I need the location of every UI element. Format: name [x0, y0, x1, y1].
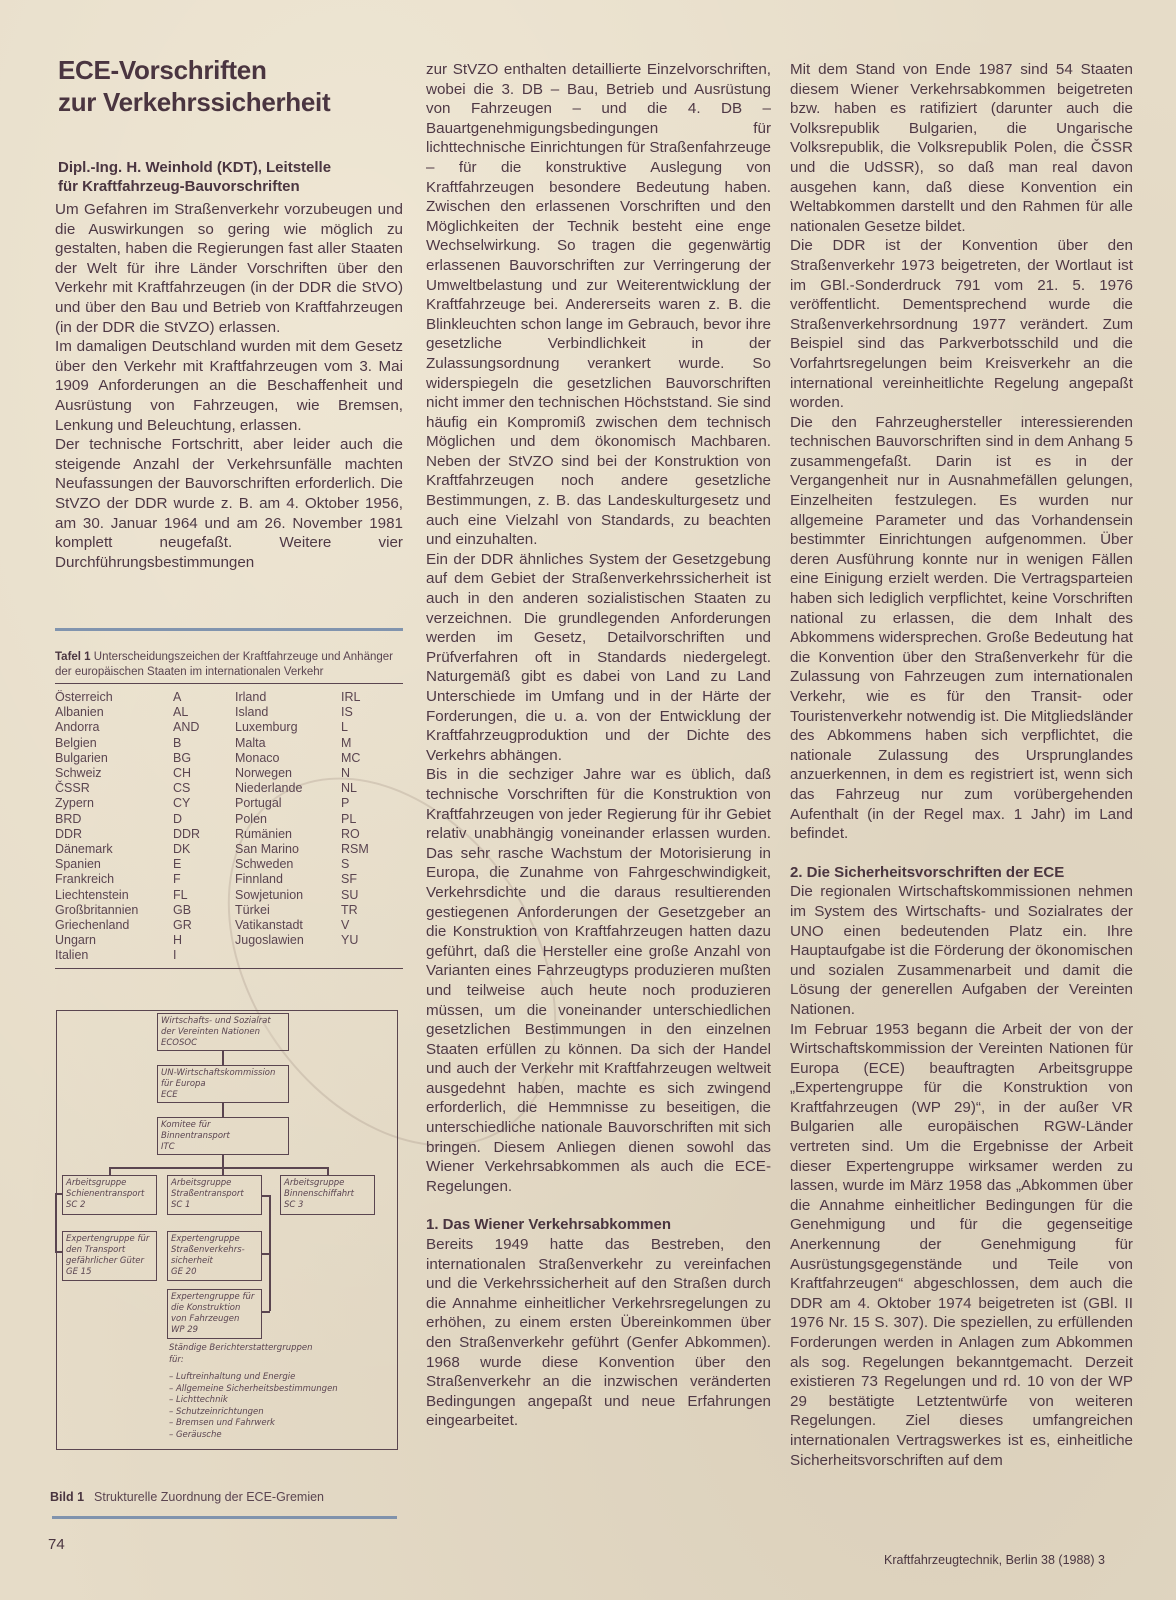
journal-footer: Kraftfahrzeugtechnik, Berlin 38 (1988) 3: [884, 1553, 1105, 1567]
table-1: Tafel 1 Unterscheidungszeichen der Kraft…: [55, 650, 403, 969]
section-1-text: Bereits 1949 hatte das Bestreben, den in…: [426, 1235, 771, 1431]
rapporteur-heading: für:: [169, 1355, 389, 1367]
table-row: BulgarienBGMonacoMC: [55, 751, 403, 766]
connector-line: [55, 1251, 62, 1253]
connector-line: [222, 1051, 224, 1065]
table-row: ItalienI: [55, 948, 403, 963]
box-text: Schienentransport: [66, 1189, 153, 1200]
figure-1-org-chart: Wirtschafts- und Sozialrat der Vereinten…: [56, 1010, 398, 1450]
country-code-cell: CS: [173, 781, 235, 796]
country-code-cell: GR: [173, 918, 235, 933]
country-code-cell: DDR: [173, 827, 235, 842]
column-2-text: zur StVZO enthalten detaillierte Einzelv…: [426, 60, 771, 1196]
country-name-cell: Ungarn: [55, 933, 173, 948]
box-ge15: Expertengruppe für den Transport gefährl…: [62, 1231, 157, 1281]
box-text: Arbeitsgruppe: [66, 1178, 153, 1189]
country-name-cell: Finnland: [235, 872, 341, 887]
column-3-text: Mit dem Stand von Ende 1987 sind 54 Staa…: [790, 60, 1133, 844]
box-text: Arbeitsgruppe: [284, 1178, 371, 1189]
country-code-cell: YU: [341, 933, 403, 948]
country-code-cell: B: [173, 736, 235, 751]
paragraph: Der technische Fortschritt, aber leider …: [55, 435, 403, 572]
connector-line: [109, 1167, 327, 1169]
box-text: für Europa: [161, 1079, 285, 1090]
author-line-1: Dipl.-Ing. H. Weinhold (KDT), Leitstelle: [58, 158, 406, 177]
paragraph: zur StVZO enthalten detaillierte Einzelv…: [426, 60, 771, 550]
country-name-cell: Irland: [235, 690, 341, 705]
box-ge20: Expertengruppe Straßenverkehrs- sicherhe…: [167, 1231, 262, 1281]
country-code-cell: TR: [341, 903, 403, 918]
country-code-table: ÖsterreichAIrlandIRLAlbanienALIslandISAn…: [55, 690, 403, 964]
section-2-heading: 2. Die Sicherheitsvorschriften der ECE: [790, 863, 1133, 883]
country-code-cell: E: [173, 857, 235, 872]
box-text: sicherheit: [171, 1256, 258, 1267]
connector-line: [262, 1253, 270, 1255]
paragraph: Im damaligen Deutschland wurden mit dem …: [55, 337, 403, 435]
box-text: GE 20: [171, 1267, 258, 1278]
country-code-cell: BG: [173, 751, 235, 766]
box-itc: Komitee für Binnentransport ITC: [157, 1117, 289, 1155]
paragraph: Die den Fahrzeughersteller interessieren…: [790, 413, 1133, 844]
country-name-cell: Schweiz: [55, 766, 173, 781]
box-text: WP 29: [171, 1325, 258, 1336]
table-row: FrankreichFFinnlandSF: [55, 872, 403, 887]
box-text: gefährlicher Güter: [66, 1256, 153, 1267]
box-sc3: Arbeitsgruppe Binnenschiffahrt SC 3: [280, 1175, 375, 1215]
box-ecosoc: Wirtschafts- und Sozialrat der Vereinten…: [157, 1013, 289, 1051]
country-name-cell: Norwegen: [235, 766, 341, 781]
country-name-cell: Zypern: [55, 796, 173, 811]
country-name-cell: Vatikanstadt: [235, 918, 341, 933]
paragraph: Mit dem Stand von Ende 1987 sind 54 Staa…: [790, 60, 1133, 236]
country-code-cell: RSM: [341, 842, 403, 857]
box-text: ECE: [161, 1090, 285, 1101]
box-text: Binnenschiffahrt: [284, 1189, 371, 1200]
rapporteur-item: – Allgemeine Sicherheitsbestimmungen: [169, 1384, 389, 1396]
box-text: den Transport: [66, 1245, 153, 1256]
paragraph: Die regionalen Wirtschaftskommissionen n…: [790, 882, 1133, 1019]
box-text: Binnentransport: [161, 1131, 285, 1142]
country-code-cell: P: [341, 796, 403, 811]
table-row: BRDDPolenPL: [55, 812, 403, 827]
paragraph: Bis in die sechziger Jahre war es üblich…: [426, 765, 771, 1196]
country-code-cell: MC: [341, 751, 403, 766]
figure-caption-text: Strukturelle Zuordnung der ECE-Gremien: [94, 1490, 324, 1504]
table-caption-text: Unterscheidungszeichen der Kraftfahrzeug…: [55, 651, 393, 678]
box-text: SC 1: [171, 1200, 258, 1211]
country-code-cell: GB: [173, 903, 235, 918]
country-name-cell: Monaco: [235, 751, 341, 766]
figure-label: Bild 1: [50, 1490, 84, 1504]
country-code-cell: [341, 948, 403, 963]
country-name-cell: Griechenland: [55, 918, 173, 933]
country-name-cell: Dänemark: [55, 842, 173, 857]
divider-rule: [52, 1516, 397, 1519]
country-code-cell: D: [173, 812, 235, 827]
country-code-cell: N: [341, 766, 403, 781]
section-1-heading: 1. Das Wiener Verkehrsabkommen: [426, 1215, 771, 1235]
page-number: 74: [48, 1536, 65, 1553]
country-code-cell: FL: [173, 888, 235, 903]
country-code-cell: SF: [341, 872, 403, 887]
country-name-cell: Portugal: [235, 796, 341, 811]
table-row: BelgienBMaltaM: [55, 736, 403, 751]
box-text: GE 15: [66, 1267, 153, 1278]
country-name-cell: Spanien: [55, 857, 173, 872]
country-name-cell: Sowjetunion: [235, 888, 341, 903]
box-text: ECOSOC: [161, 1038, 285, 1049]
country-code-cell: PL: [341, 812, 403, 827]
country-code-cell: A: [173, 690, 235, 705]
box-text: der Vereinten Nationen: [161, 1027, 285, 1038]
country-name-cell: Liechtenstein: [55, 888, 173, 903]
country-name-cell: Italien: [55, 948, 173, 963]
country-name-cell: Luxemburg: [235, 720, 341, 735]
section-2-text: Die regionalen Wirtschaftskommissionen n…: [790, 882, 1133, 1470]
rapporteur-item: – Bremsen und Fahrwerk: [169, 1418, 389, 1430]
country-name-cell: Großbritannien: [55, 903, 173, 918]
country-code-cell: AL: [173, 705, 235, 720]
box-text: ITC: [161, 1142, 285, 1153]
rapporteur-item: – Lichttechnik: [169, 1395, 389, 1407]
rapporteur-groups: Ständige Berichterstattergruppen für: – …: [169, 1343, 389, 1441]
table-row: DDRDDRRumänienRO: [55, 827, 403, 842]
author-line-2: für Kraftfahrzeug-Bauvorschriften: [58, 177, 406, 196]
table-row: SchweizCHNorwegenN: [55, 766, 403, 781]
table-row: AlbanienALIslandIS: [55, 705, 403, 720]
table-row: UngarnHJugoslawienYU: [55, 933, 403, 948]
box-text: Expertengruppe für: [66, 1234, 153, 1245]
country-code-cell: I: [173, 948, 235, 963]
table-row: ZypernCYPortugalP: [55, 796, 403, 811]
table-row: SpanienESchwedenS: [55, 857, 403, 872]
figure-caption: Bild 1Strukturelle Zuordnung der ECE-Gre…: [50, 1490, 324, 1504]
country-name-cell: Schweden: [235, 857, 341, 872]
paragraph: Ein der DDR ähnliches System der Gesetzg…: [426, 550, 771, 766]
paragraph: Die DDR ist der Konvention über den Stra…: [790, 236, 1133, 412]
rapporteur-heading: Ständige Berichterstattergruppen: [169, 1343, 389, 1355]
table-row: LiechtensteinFLSowjetunionSU: [55, 888, 403, 903]
box-text: Komitee für: [161, 1120, 285, 1131]
country-code-cell: SU: [341, 888, 403, 903]
country-name-cell: Belgien: [55, 736, 173, 751]
column-1: Um Gefahren im Straßenverkehr vorzubeuge…: [55, 200, 403, 572]
table-row: GriechenlandGRVatikanstadtV: [55, 918, 403, 933]
connector-line: [109, 1167, 111, 1175]
country-name-cell: Polen: [235, 812, 341, 827]
connector-line: [55, 1193, 57, 1251]
country-code-cell: NL: [341, 781, 403, 796]
country-name-cell: Malta: [235, 736, 341, 751]
connector-line: [222, 1103, 224, 1117]
rapporteur-item: – Geräusche: [169, 1430, 389, 1442]
rapporteur-item: – Schutzeinrichtungen: [169, 1407, 389, 1419]
box-text: Expertengruppe: [171, 1234, 258, 1245]
title-line-2: zur Verkehrssicherheit: [58, 86, 398, 118]
country-name-cell: DDR: [55, 827, 173, 842]
paragraph: Um Gefahren im Straßenverkehr vorzubeuge…: [55, 200, 403, 337]
paragraph: Im Februar 1953 begann die Arbeit der vo…: [790, 1020, 1133, 1471]
column-2: zur StVZO enthalten detaillierte Einzelv…: [426, 60, 771, 1431]
box-sc1: Arbeitsgruppe Straßentransport SC 1: [167, 1175, 262, 1215]
country-name-cell: Bulgarien: [55, 751, 173, 766]
table-row: ČSSRCSNiederlandeNL: [55, 781, 403, 796]
country-name-cell: Frankreich: [55, 872, 173, 887]
country-code-cell: L: [341, 720, 403, 735]
country-name-cell: Island: [235, 705, 341, 720]
country-code-cell: DK: [173, 842, 235, 857]
connector-line: [222, 1167, 224, 1175]
table-row: DänemarkDKSan MarinoRSM: [55, 842, 403, 857]
paragraph: Bereits 1949 hatte das Bestreben, den in…: [426, 1235, 771, 1431]
table-row: AndorraANDLuxemburgL: [55, 720, 403, 735]
country-code-cell: RO: [341, 827, 403, 842]
connector-line: [262, 1311, 270, 1313]
table-row: GroßbritannienGBTürkeiTR: [55, 903, 403, 918]
author-byline: Dipl.-Ing. H. Weinhold (KDT), Leitstelle…: [58, 158, 406, 196]
article-title: ECE-Vorschriften zur Verkehrssicherheit: [58, 54, 398, 118]
table-body: ÖsterreichAIrlandIRLAlbanienALIslandISAn…: [55, 690, 403, 964]
box-text: die Konstruktion: [171, 1303, 258, 1314]
box-text: SC 3: [284, 1200, 371, 1211]
country-code-cell: CY: [173, 796, 235, 811]
column-1-text: Um Gefahren im Straßenverkehr vorzubeuge…: [55, 200, 403, 572]
box-sc2: Arbeitsgruppe Schienentransport SC 2: [62, 1175, 157, 1215]
box-text: UN-Wirtschaftskommission: [161, 1068, 285, 1079]
title-line-1: ECE-Vorschriften: [58, 54, 398, 86]
country-name-cell: Rumänien: [235, 827, 341, 842]
country-code-cell: AND: [173, 720, 235, 735]
table-top-rule: [55, 683, 403, 684]
box-text: Arbeitsgruppe: [171, 1178, 258, 1189]
box-text: Straßentransport: [171, 1189, 258, 1200]
box-text: Wirtschafts- und Sozialrat: [161, 1016, 285, 1027]
column-3: Mit dem Stand von Ende 1987 sind 54 Staa…: [790, 60, 1133, 1470]
box-text: Straßenverkehrs-: [171, 1245, 258, 1256]
country-name-cell: Jugoslawien: [235, 933, 341, 948]
rapporteur-item: – Luftreinhaltung und Energie: [169, 1372, 389, 1384]
box-text: SC 2: [66, 1200, 153, 1211]
table-bottom-rule: [55, 968, 403, 969]
country-name-cell: Albanien: [55, 705, 173, 720]
country-code-cell: IS: [341, 705, 403, 720]
country-code-cell: IRL: [341, 690, 403, 705]
connector-line: [222, 1155, 224, 1167]
box-text: von Fahrzeugen: [171, 1314, 258, 1325]
country-code-cell: M: [341, 736, 403, 751]
country-code-cell: F: [173, 872, 235, 887]
table-row: ÖsterreichAIrlandIRL: [55, 690, 403, 705]
box-ece: UN-Wirtschaftskommission für Europa ECE: [157, 1065, 289, 1103]
box-text: Expertengruppe für: [171, 1292, 258, 1303]
divider-rule: [55, 628, 403, 631]
table-label: Tafel 1: [55, 651, 91, 663]
country-name-cell: [235, 948, 341, 963]
country-name-cell: Andorra: [55, 720, 173, 735]
table-caption: Tafel 1 Unterscheidungszeichen der Kraft…: [55, 650, 403, 680]
country-name-cell: BRD: [55, 812, 173, 827]
country-name-cell: Niederlande: [235, 781, 341, 796]
country-name-cell: Türkei: [235, 903, 341, 918]
country-code-cell: CH: [173, 766, 235, 781]
country-code-cell: S: [341, 857, 403, 872]
country-name-cell: ČSSR: [55, 781, 173, 796]
box-wp29: Expertengruppe für die Konstruktion von …: [167, 1289, 262, 1339]
country-code-cell: V: [341, 918, 403, 933]
country-name-cell: San Marino: [235, 842, 341, 857]
connector-line: [327, 1167, 329, 1175]
country-code-cell: H: [173, 933, 235, 948]
country-name-cell: Österreich: [55, 690, 173, 705]
